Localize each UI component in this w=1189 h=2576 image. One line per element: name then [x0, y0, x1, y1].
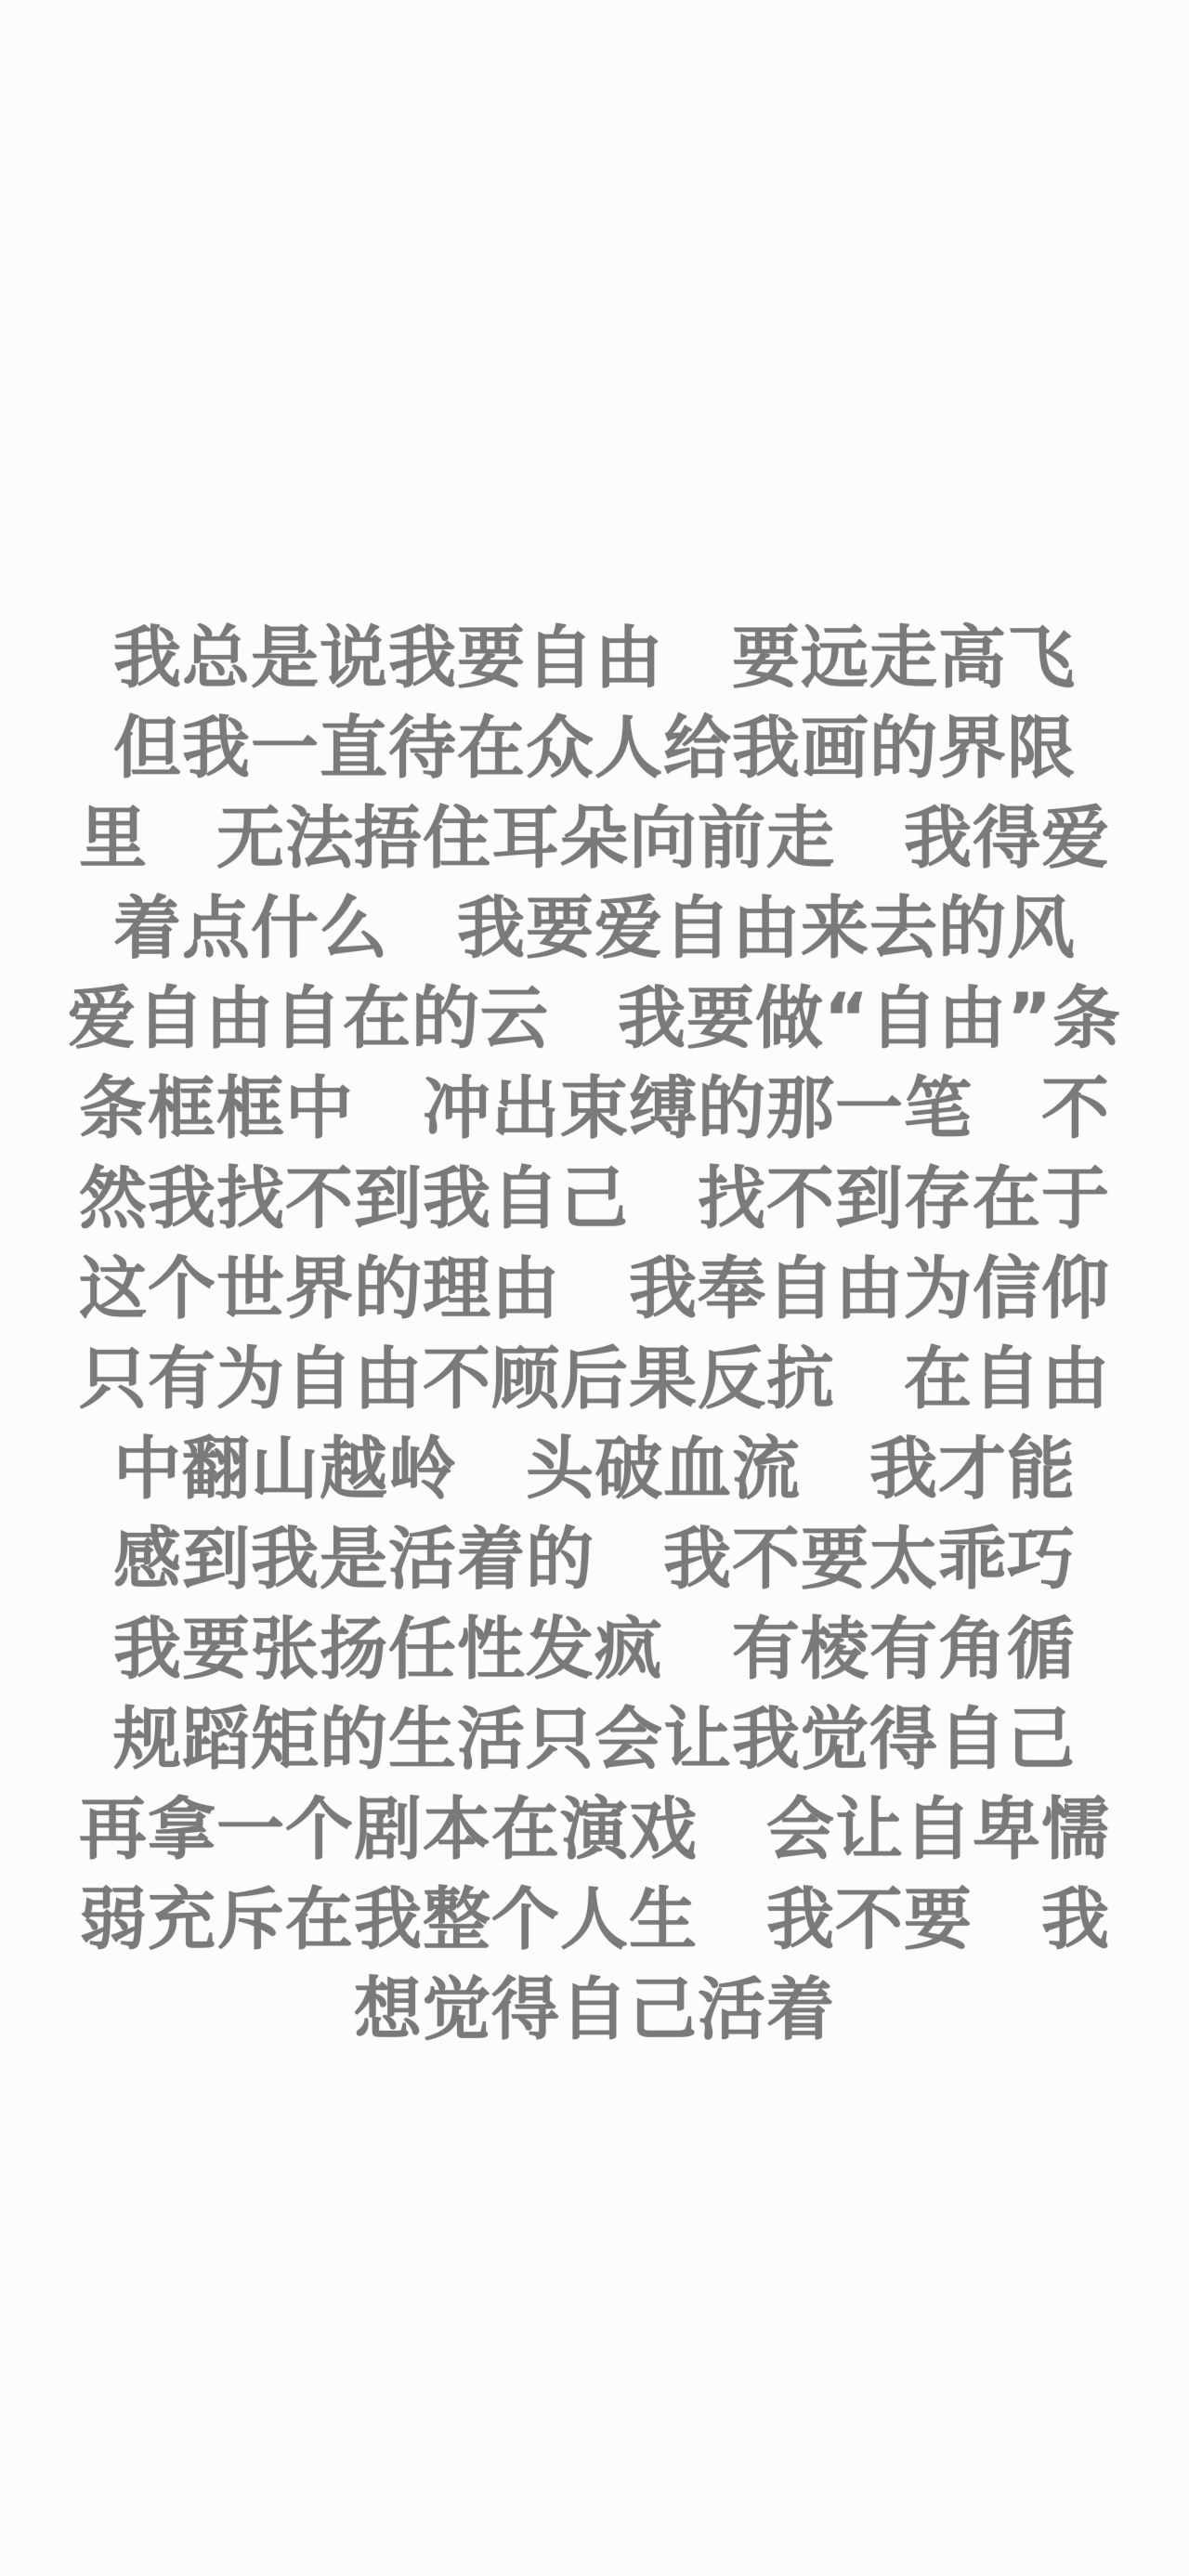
- lyric-line: 但我一直待在众人给我画的界限: [0, 703, 1189, 793]
- lyrics-poster: 我总是说我要自由 要远走高飞 但我一直待在众人给我画的界限 里 无法捂住耳朵向前…: [0, 0, 1189, 2576]
- lyric-line: 我要张扬任性发疯 有棱有角循: [0, 1604, 1189, 1694]
- lyric-line: 再拿一个剧本在演戏 会让自卑懦: [0, 1785, 1189, 1875]
- lyric-line: 规蹈矩的生活只会让我觉得自己: [0, 1694, 1189, 1785]
- lyric-line: 爱自由自在的云 我要做“自由”条: [0, 974, 1189, 1064]
- lyric-line: 弱充斥在我整个人生 我不要 我: [0, 1875, 1189, 1965]
- lyric-line: 只有为自由不顾后果反抗 在自由: [0, 1334, 1189, 1424]
- lyric-line: 这个世界的理由 我奉自由为信仰: [0, 1244, 1189, 1334]
- lyrics-text-block: 我总是说我要自由 要远走高飞 但我一直待在众人给我画的界限 里 无法捂住耳朵向前…: [0, 613, 1189, 2055]
- lyric-line: 我总是说我要自由 要远走高飞: [0, 613, 1189, 703]
- lyric-line: 着点什么 我要爱自由来去的风: [0, 883, 1189, 974]
- lyric-line: 然我找不到我自己 找不到存在于: [0, 1154, 1189, 1244]
- lyric-line: 里 无法捂住耳朵向前走 我得爱: [0, 793, 1189, 883]
- lyric-line: 条框框中 冲出束缚的那一笔 不: [0, 1064, 1189, 1154]
- lyric-line: 感到我是活着的 我不要太乖巧: [0, 1514, 1189, 1604]
- lyric-line: 想觉得自己活着: [0, 1965, 1189, 2055]
- lyric-line: 中翻山越岭 头破血流 我才能: [0, 1424, 1189, 1514]
